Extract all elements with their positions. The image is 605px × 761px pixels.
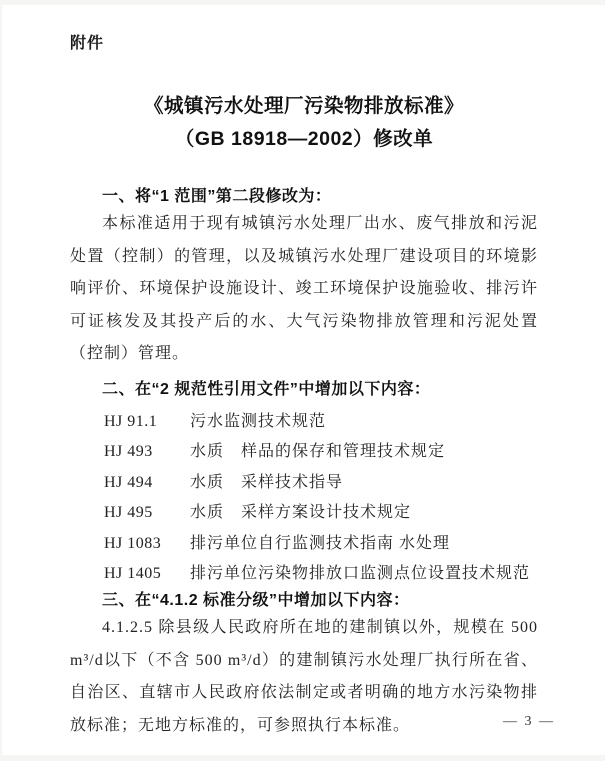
reference-code: HJ 493 [104, 437, 190, 468]
reference-title: 排污单位污染物排放口监测点位设置技术规范 [190, 559, 538, 590]
reference-code: HJ 1405 [104, 559, 190, 590]
reference-code: HJ 495 [104, 498, 190, 529]
reference-title: 水质 采样技术指导 [190, 468, 538, 499]
reference-item: HJ 494 水质 采样技术指导 [70, 468, 538, 499]
reference-item: HJ 495 水质 采样方案设计技术规定 [70, 498, 538, 529]
document-title-line1: 《城镇污水处理厂污染物排放标准》 [70, 90, 538, 123]
page-number: — 3 — [503, 714, 555, 730]
reference-list: HJ 91.1 污水监测技术规范 HJ 493 水质 样品的保存和管理技术规定 … [70, 407, 538, 591]
section-1-paragraph: 本标准适用于现有城镇污水处理厂出水、废气排放和污泥处置（控制）的管理，以及城镇污… [70, 208, 538, 371]
reference-item: HJ 91.1 污水监测技术规范 [70, 407, 538, 438]
document-title: 《城镇污水处理厂污染物排放标准》 （GB 18918—2002）修改单 [70, 90, 538, 156]
reference-title: 水质 样品的保存和管理技术规定 [190, 437, 538, 468]
section-2-heading: 二、在“2 规范性引用文件”中增加以下内容： [70, 379, 538, 401]
reference-title: 排污单位自行监测技术指南 水处理 [190, 529, 538, 560]
reference-item: HJ 493 水质 样品的保存和管理技术规定 [70, 437, 538, 468]
reference-code: HJ 91.1 [104, 407, 190, 438]
attachment-label: 附件 [70, 35, 538, 53]
reference-title: 污水监测技术规范 [190, 407, 538, 438]
section-3-heading: 三、在“4.1.2 标准分级”中增加以下内容： [70, 590, 538, 612]
reference-title: 水质 采样方案设计技术规定 [190, 498, 538, 529]
document-canvas: 附件 《城镇污水处理厂污染物排放标准》 （GB 18918—2002）修改单 一… [0, 0, 605, 761]
reference-item: HJ 1405 排污单位污染物排放口监测点位设置技术规范 [70, 559, 538, 590]
document-page: 附件 《城镇污水处理厂污染物排放标准》 （GB 18918—2002）修改单 一… [2, 5, 605, 755]
document-title-line2: （GB 18918—2002）修改单 [70, 123, 538, 156]
reference-code: HJ 1083 [104, 529, 190, 560]
reference-item: HJ 1083 排污单位自行监测技术指南 水处理 [70, 529, 538, 560]
reference-code: HJ 494 [104, 468, 190, 499]
section-1-heading: 一、将“1 范围”第二段修改为： [70, 186, 538, 208]
section-3-paragraph: 4.1.2.5 除县级人民政府所在地的建制镇以外，规模在 500 m³/d以下（… [70, 612, 538, 742]
